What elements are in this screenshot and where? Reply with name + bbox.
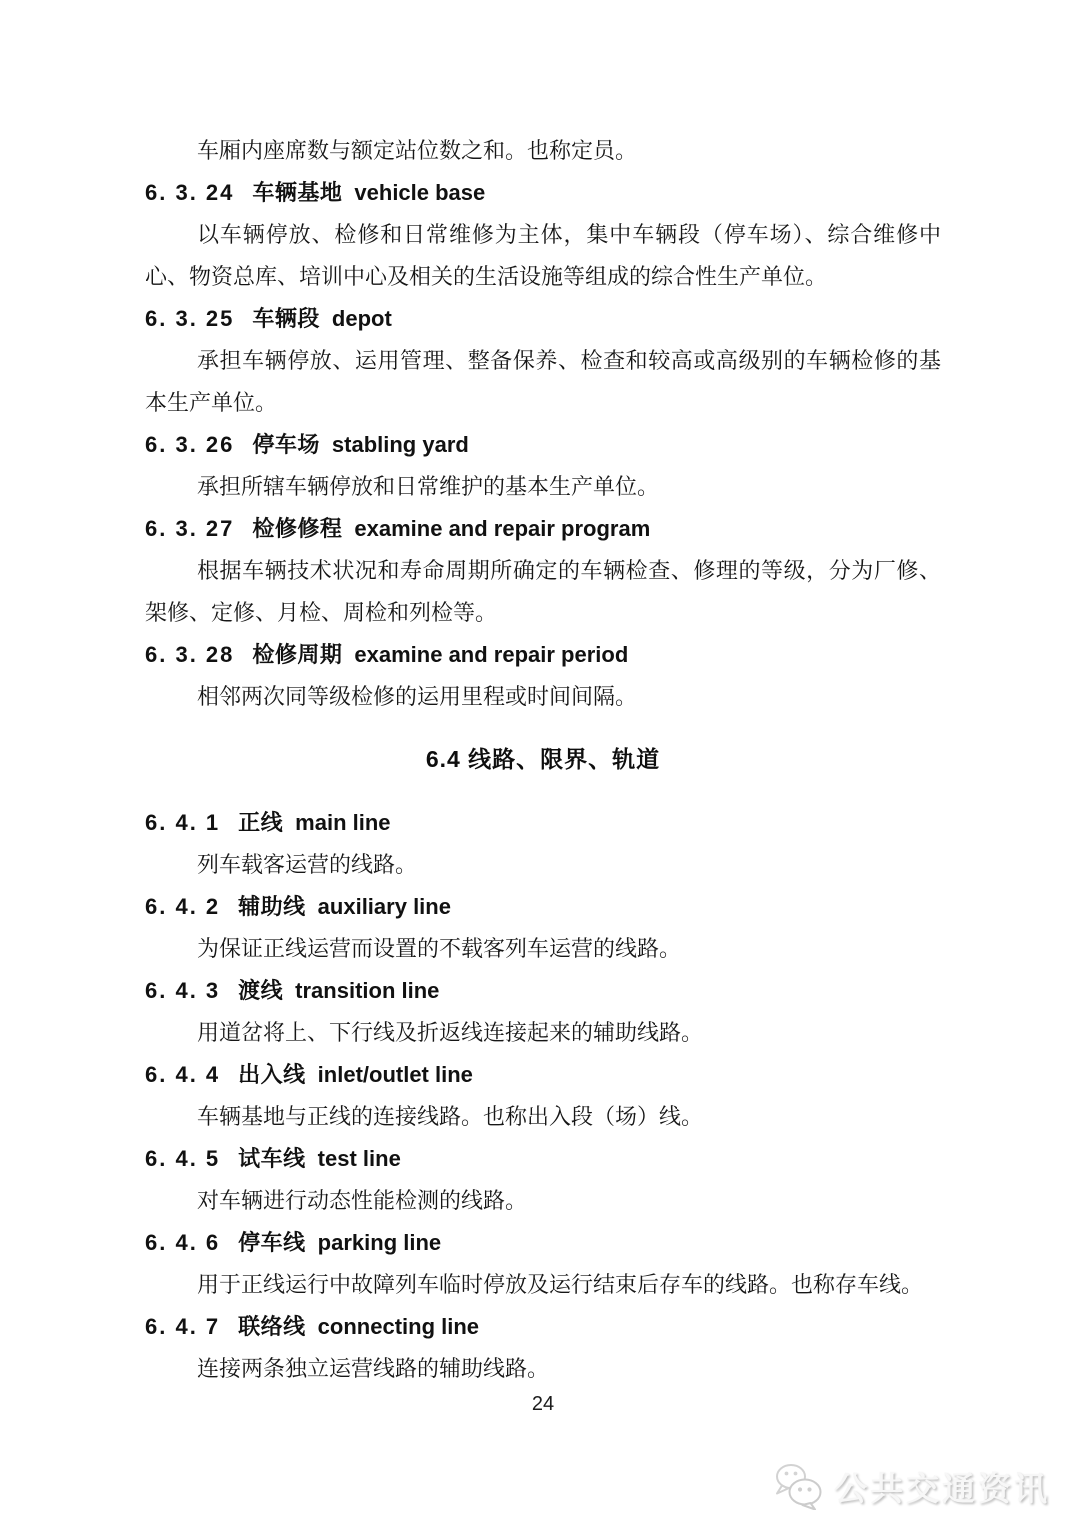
chat-bubbles-logo-icon bbox=[772, 1462, 824, 1510]
entry-term-en: parking line bbox=[318, 1230, 441, 1255]
lead-paragraph: 车厢内座席数与额定站位数之和。也称定员。 bbox=[145, 130, 941, 172]
entry-definition: 车辆基地与正线的连接线路。也称出入段（场）线。 bbox=[145, 1096, 941, 1138]
entry-heading: 6. 3. 26停车场stabling yard bbox=[145, 424, 941, 466]
entry-term-zh: 停车线 bbox=[238, 1230, 306, 1255]
entry-number: 6. 3. 24 bbox=[145, 180, 234, 205]
entry-heading: 6. 4. 3渡线transition line bbox=[145, 970, 941, 1012]
entry-term-zh: 正线 bbox=[238, 810, 283, 835]
entry-number: 6. 4. 1 bbox=[145, 810, 220, 835]
entry-number: 6. 4. 2 bbox=[145, 894, 220, 919]
entry-term-en: inlet/outlet line bbox=[318, 1062, 473, 1087]
entry-term-zh: 渡线 bbox=[238, 978, 283, 1003]
entry-definition: 承担车辆停放、运用管理、整备保养、检查和较高或高级别的车辆检修的基本生产单位。 bbox=[145, 340, 941, 424]
footer-brand-text: 公共交通资讯 bbox=[834, 1463, 1050, 1510]
entry-number: 6. 4. 5 bbox=[145, 1146, 220, 1171]
entry-term-zh: 检修周期 bbox=[252, 642, 342, 667]
document-page: 车厢内座席数与额定站位数之和。也称定员。6. 3. 24车辆基地vehicle … bbox=[0, 0, 1080, 1527]
page-number: 24 bbox=[145, 1390, 941, 1418]
entry-heading: 6. 4. 7联络线connecting line bbox=[145, 1306, 941, 1348]
entry-heading: 6. 4. 2辅助线auxiliary line bbox=[145, 886, 941, 928]
entry-number: 6. 4. 6 bbox=[145, 1230, 220, 1255]
entry-term-zh: 车辆段 bbox=[252, 306, 320, 331]
entry-definition: 承担所辖车辆停放和日常维护的基本生产单位。 bbox=[145, 466, 941, 508]
entry-term-zh: 停车场 bbox=[252, 432, 320, 457]
entry-definition: 连接两条独立运营线路的辅助线路。 bbox=[145, 1348, 941, 1390]
entry-term-zh: 检修修程 bbox=[252, 516, 342, 541]
entry-number: 6. 4. 7 bbox=[145, 1314, 220, 1339]
entry-definition: 相邻两次同等级检修的运用里程或时间间隔。 bbox=[145, 676, 941, 718]
entry-definition: 用于正线运行中故障列车临时停放及运行结束后存车的线路。也称存车线。 bbox=[145, 1264, 941, 1306]
entry-term-zh: 试车线 bbox=[238, 1146, 306, 1171]
entry-term-zh: 出入线 bbox=[238, 1062, 306, 1087]
entry-heading: 6. 3. 28检修周期examine and repair period bbox=[145, 634, 941, 676]
entry-heading: 6. 3. 25车辆段depot bbox=[145, 298, 941, 340]
entry-term-en: auxiliary line bbox=[318, 894, 451, 919]
entry-number: 6. 3. 26 bbox=[145, 432, 234, 457]
entry-term-en: main line bbox=[295, 810, 390, 835]
entry-term-en: vehicle base bbox=[354, 180, 485, 205]
entry-heading: 6. 3. 27检修修程examine and repair program bbox=[145, 508, 941, 550]
entry-heading: 6. 4. 6停车线parking line bbox=[145, 1222, 941, 1264]
entry-number: 6. 3. 25 bbox=[145, 306, 234, 331]
entry-term-en: transition line bbox=[295, 978, 439, 1003]
entry-number: 6. 4. 4 bbox=[145, 1062, 220, 1087]
entry-heading: 6. 3. 24车辆基地vehicle base bbox=[145, 172, 941, 214]
entry-term-en: test line bbox=[318, 1146, 401, 1171]
entry-heading: 6. 4. 5试车线test line bbox=[145, 1138, 941, 1180]
entry-term-zh: 辅助线 bbox=[238, 894, 306, 919]
entry-term-zh: 联络线 bbox=[238, 1314, 306, 1339]
footer-watermark: 公共交通资讯 bbox=[772, 1462, 1050, 1510]
entry-definition: 列车载客运营的线路。 bbox=[145, 844, 941, 886]
entry-definition: 以车辆停放、检修和日常维修为主体，集中车辆段（停车场）、综合维修中心、物资总库、… bbox=[145, 214, 941, 298]
entry-number: 6. 3. 28 bbox=[145, 642, 234, 667]
entry-number: 6. 3. 27 bbox=[145, 516, 234, 541]
entry-term-en: examine and repair period bbox=[354, 642, 628, 667]
entry-definition: 用道岔将上、下行线及折返线连接起来的辅助线路。 bbox=[145, 1012, 941, 1054]
entry-term-zh: 车辆基地 bbox=[252, 180, 342, 205]
entry-term-en: connecting line bbox=[318, 1314, 479, 1339]
entry-number: 6. 4. 3 bbox=[145, 978, 220, 1003]
entry-heading: 6. 4. 1正线main line bbox=[145, 802, 941, 844]
document-content: 车厢内座席数与额定站位数之和。也称定员。6. 3. 24车辆基地vehicle … bbox=[145, 130, 941, 1390]
entry-term-en: depot bbox=[332, 306, 392, 331]
entry-definition: 为保证正线运营而设置的不载客列车运营的线路。 bbox=[145, 928, 941, 970]
entry-definition: 对车辆进行动态性能检测的线路。 bbox=[145, 1180, 941, 1222]
entry-term-en: stabling yard bbox=[332, 432, 469, 457]
entry-term-en: examine and repair program bbox=[354, 516, 650, 541]
entry-heading: 6. 4. 4出入线inlet/outlet line bbox=[145, 1054, 941, 1096]
section-heading: 6.4 线路、限界、轨道 bbox=[145, 738, 941, 780]
entry-definition: 根据车辆技术状况和寿命周期所确定的车辆检查、修理的等级，分为厂修、架修、定修、月… bbox=[145, 550, 941, 634]
